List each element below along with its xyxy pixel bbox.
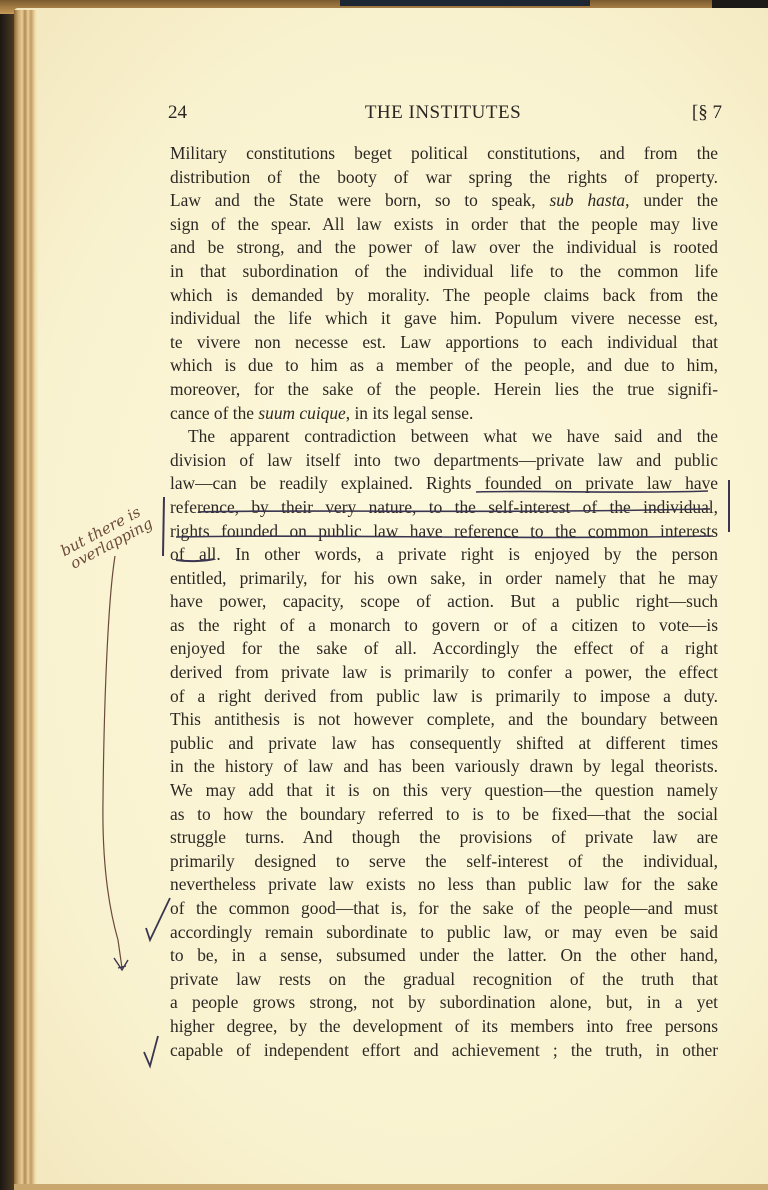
text-line: a people grows strong, not by subordinat… <box>170 991 718 1015</box>
text-line: Military constitutions beget political c… <box>170 142 718 166</box>
book-binding-shadow <box>0 0 14 1190</box>
text-line: derived from private law is primarily to… <box>170 661 718 685</box>
text-line: entitled, primarily, for his own sake, i… <box>170 567 718 591</box>
text-line: have power, capacity, scope of action. B… <box>170 590 718 614</box>
text-run: Law and the State were born, so to speak… <box>170 190 549 210</box>
text-run: cance of the <box>170 403 258 423</box>
text-line: of all. In other words, a private right … <box>170 543 718 567</box>
text-line: to be, in a sense, subsumed under the la… <box>170 944 718 968</box>
section-marker: [§ 7 <box>692 102 722 124</box>
text-line: and be strong, and the power of law over… <box>170 236 718 260</box>
latin-phrase: suum cuique <box>258 403 345 423</box>
text-line: as to how the boundary referred to is to… <box>170 803 718 827</box>
text-line: in that subordination of the individual … <box>170 260 718 284</box>
text-line: public and private law has consequently … <box>170 732 718 756</box>
text-line: We may add that it is on this very quest… <box>170 779 718 803</box>
text-line: individual the life which it gave him. P… <box>170 307 718 331</box>
text-line: reference, by their very nature, to the … <box>170 496 718 520</box>
text-line: capable of independent effort and achiev… <box>170 1039 718 1063</box>
text-line: in the history of law and has been vario… <box>170 755 718 779</box>
text-line: This antithesis is not however complete,… <box>170 708 718 732</box>
text-line: of the common good—that is, for the sake… <box>170 897 718 921</box>
text-line: struggle turns. And though the provision… <box>170 826 718 850</box>
body-text: Military constitutions beget political c… <box>170 142 718 1062</box>
text-line: rights founded on public law have refere… <box>170 520 718 544</box>
text-line: primarily designed to serve the self-int… <box>170 850 718 874</box>
text-line: distribution of the booty of war spring … <box>170 166 718 190</box>
text-line: of a right derived from public law is pr… <box>170 685 718 709</box>
text-line: law—can be readily explained. Rights fou… <box>170 472 718 496</box>
text-line: accordingly remain subordinate to public… <box>170 921 718 945</box>
running-head: 24 THE INSTITUTES [§ 7 <box>168 100 718 126</box>
text-line: enjoyed for the sake of all. Accordingly… <box>170 637 718 661</box>
text-line: Law and the State were born, so to speak… <box>170 189 718 213</box>
text-line: as the right of a monarch to govern or o… <box>170 614 718 638</box>
text-run: , in its legal sense. <box>346 403 474 423</box>
page-gutter-edges <box>14 10 38 1186</box>
text-line: private law rests on the gradual recogni… <box>170 968 718 992</box>
latin-phrase: sub hasta <box>549 190 625 210</box>
text-run: , under the <box>625 190 718 210</box>
text-line: moreover, for the sake of the people. He… <box>170 378 718 402</box>
page-bottom-edge <box>14 1184 768 1190</box>
text-line: te vivere non necesse est. Law apportion… <box>170 331 718 355</box>
previous-page-edge <box>340 0 590 6</box>
text-line: which is demanded by morality. The peopl… <box>170 284 718 308</box>
text-line: cance of the suum cuique, in its legal s… <box>170 402 718 426</box>
text-line: The apparent contradiction between what … <box>170 425 718 449</box>
text-line: higher degree, by the development of its… <box>170 1015 718 1039</box>
text-line: which is due to him as a member of the p… <box>170 354 718 378</box>
text-line: sign of the spear. All law exists in ord… <box>170 213 718 237</box>
text-line: nevertheless private law exists no less … <box>170 873 718 897</box>
running-title: THE INSTITUTES <box>168 102 718 124</box>
text-line: division of law itself into two departme… <box>170 449 718 473</box>
